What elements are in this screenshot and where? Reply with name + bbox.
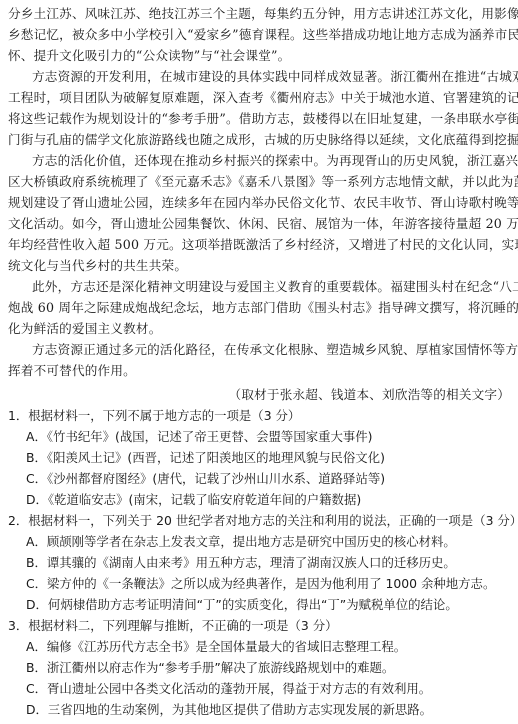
option-3d: D．三省四地的生动案例，为其他地区提供了借助方志实现发展的新思路。: [26, 700, 432, 720]
question-stem-3: 3．根据材料二，下列理解与推断，不正确的一项是（3 分）: [8, 616, 337, 636]
passage-line: 炮战 60 周年之际建成炮战纪念坛，地方志部门借助《围头村志》指导碑文撰写，将沉…: [8, 298, 518, 318]
stem-text: 3．根据材料二，下列理解与推断，: [8, 618, 202, 633]
option-1a: A．《竹书纪年》(战国，记述了帝王更替、会盟等国家重大事件): [26, 427, 373, 447]
passage-line: 怀、提升文化吸引力的“公众读物”与“社会课堂”。: [8, 46, 290, 66]
option-3b: B．浙江衢州以府志作为“参考手册”解决了旅游线路规划中的难题。: [26, 658, 394, 678]
passage-line: 工程时，项目团队为破解复原难题，深入查考《衢州府志》中关于城池水道、官署建筑的记…: [8, 88, 518, 108]
option-1b: B．《阳羡风土记》(西晋，记述了阳羡地区的地理风貌与民俗文化): [26, 448, 385, 468]
passage-line: 分乡土江苏、风味江苏、绝技江苏三个主题，每集约五分钟，用方志讲述江苏文化，用影像…: [8, 4, 518, 24]
stem-text: 的一项是（3 分）: [239, 618, 338, 633]
passage-line: 乡愁记忆，被众多中小学校引入“爱家乡”德育课程。这些举措成功地让地方志成为涵养市…: [8, 25, 518, 45]
passage-line: 方志资源正通过多元的活化路径，在传承文化根脉、塑造城乡风貌、厚植家国情怀等方面发: [32, 340, 518, 360]
question-stem-1: 1．根据材料一，下列不属于地方志的一项是（3 分）: [8, 406, 300, 426]
stem-text: 地方志的一项是（3 分）: [165, 408, 301, 423]
option-2a: A．顾颉刚等学者在杂志上发表文章，提出地方志是研究中国历史的核心材料。: [26, 532, 456, 552]
option-3c: C．胥山遗址公园中各类文化活动的蓬勃开展，得益于对方志的有效利用。: [26, 679, 431, 699]
passage-line: 门街与孔庙的儒学文化旅游路线也随之成形，古城的历史脉络得以延续，文化底蕴得到挖掘…: [8, 130, 518, 150]
emphasis-dotted: 不属于: [127, 408, 164, 423]
question-stem-2: 2．根据材料一，下列关于 20 世纪学者对地方志的关注和利用的说法，正确的一项是…: [8, 511, 518, 531]
passage-line: 将这些记载作为规划设计的“参考手册”。借助方志，鼓楼得以在旧址复建，一条串联水亭…: [8, 109, 518, 129]
passage-line: 统文化与当代乡村的共生共荣。: [8, 256, 187, 276]
passage-line: 此外，方志还是深化精神文明建设与爱国主义教育的重要载体。福建围头村在纪念“八二三…: [32, 277, 518, 297]
option-2c: C．梁方仲的《一条鞭法》之所以成为经典著作，是因为他利用了 1000 余种地方志…: [26, 574, 495, 594]
passage-line: 挥着不可替代的作用。: [8, 361, 136, 381]
emphasis-dotted: 不正确: [202, 618, 239, 633]
option-2b: B．谭其骧的《湖南人由来考》用五种方志，理清了湖南汉族人口的迁移历史。: [26, 553, 456, 573]
passage-line: 文化活动。如今，胥山遗址公园集餐饮、休闲、民宿、展馆为一体，年游客接待量超 20…: [8, 214, 518, 234]
option-3a: A．编修《江苏历代方志全书》是全国体量最大的省域旧志整理工程。: [26, 637, 406, 657]
option-1c: C．《沙州都督府图经》(唐代，记载了沙州山川水系、道路驿站等): [26, 469, 385, 489]
passage-line: 区大桥镇政府系统梳理了《至元嘉禾志》《嘉禾八景图》等一系列方志地情文献，并以此为…: [8, 172, 518, 192]
source-citation: （取材于张永超、钱道本、刘欣浩等的相关文字）: [229, 385, 510, 405]
option-2d: D．何炳棣借助方志考证明清间“丁”的实质变化，得出“丁”为赋税单位的结论。: [26, 595, 458, 615]
passage-line: 化为鲜活的爱国主义教材。: [8, 319, 162, 339]
option-1d: D．《乾道临安志》(南宋，记载了临安府乾道年间的户籍数据): [26, 490, 361, 510]
passage-line: 方志资源的开发利用，在城市建设的具体实践中同样成效显著。浙江衢州在推进“古城双修…: [32, 67, 518, 87]
passage-line: 方志的活化价值，还体现在推动乡村振兴的探索中。为再现胥山的历史风貌，浙江嘉兴南湖: [32, 151, 518, 171]
exam-page: 分乡土江苏、风味江苏、绝技江苏三个主题，每集约五分钟，用方志讲述江苏文化，用影像…: [0, 0, 518, 724]
stem-text: 1．根据材料一，下列: [8, 408, 127, 423]
passage-line: 规划建设了胥山遗址公园，连续多年在园内举办民俗文化节、农民丰收节、胥山诗歌村晚等…: [8, 193, 518, 213]
passage-line: 年均经营性收入超 500 万元。这项举措既激活了乡村经济，又增进了村民的文化认同…: [8, 235, 518, 255]
